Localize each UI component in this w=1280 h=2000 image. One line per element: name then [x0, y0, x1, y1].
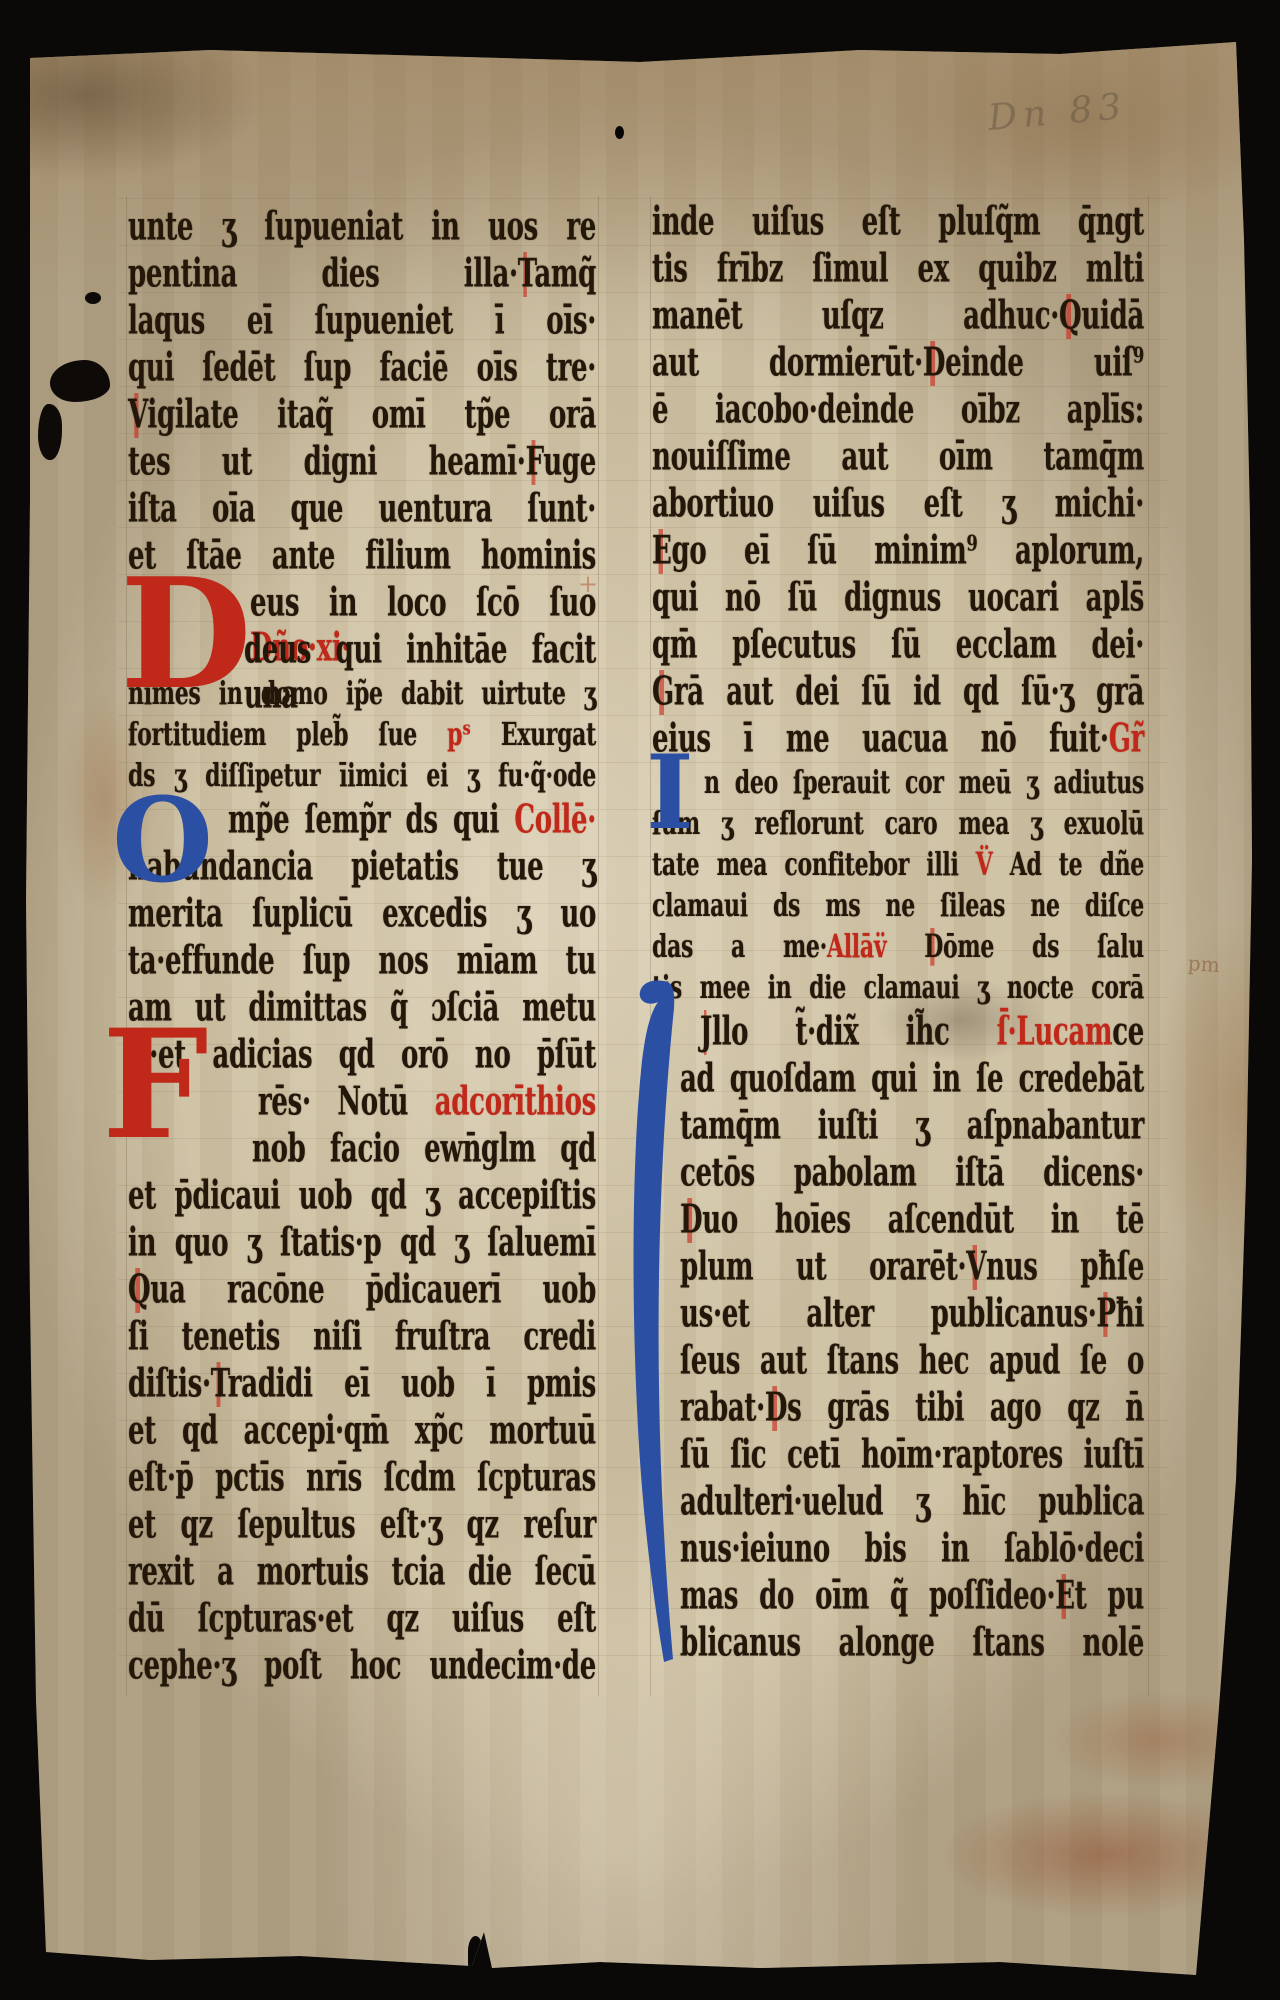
ink-blot-small	[38, 404, 62, 460]
text-segment: nob facio ewn̄glm qd	[252, 1127, 596, 1172]
ink-dot	[85, 292, 101, 304]
text-segment: aut dormierūt·	[652, 341, 923, 386]
text-segment: et qz ſepultus eſt·ʒ qz reſur	[128, 1503, 596, 1548]
text-line: Qua racōne p̄dicauerī uob	[128, 1268, 596, 1315]
parchment-hole	[615, 126, 624, 139]
red-touched-capital: Q	[1059, 294, 1081, 339]
red-touched-capital: D	[765, 1386, 787, 1431]
text-segment: Tamq̃	[518, 252, 596, 297]
text-line: tis frībz ſimul ex quibz mlti	[652, 247, 1144, 294]
text-segment: ſū ſic cetī hoīm·raptores iuſtī	[680, 1433, 1144, 1478]
text-segment: ſi tenetis niſi fruſtra credi	[128, 1315, 596, 1360]
text-line: qm̄ pſecutus ſū ecclam dei·	[652, 623, 1144, 670]
text-line: diſtis·Tradidi eī uob ī pmis	[128, 1362, 596, 1409]
text-line: ad quoſdam qui in ſe credebāt	[652, 1057, 1144, 1104]
text-line: blicanus alonge ſtans nolē	[652, 1621, 1144, 1668]
text-line: fortitudiem pleb̃ ſue pˢ Exurgat	[128, 716, 596, 763]
text-segment: Vigilate itaq̃ omī tp̃e orā	[128, 393, 596, 438]
text-segment: pentina dies illa·	[128, 252, 518, 297]
text-line: tate mea confitebor illi V̈ Ad te dñe	[652, 846, 1144, 893]
initial-letter-O-collect: O	[112, 794, 213, 889]
text-line: Ego eī ſū minim⁹ aplorum,	[652, 529, 1144, 576]
text-segment: Tradidi eī uob ī pmis	[211, 1362, 596, 1407]
text-line: qui ſedēt ſup faciē oīs tre·	[128, 346, 596, 393]
text-line: in quo ʒ ſtatis·p qd ʒ ſaluemī	[128, 1221, 596, 1268]
parchment-leaf: unte ʒ ſupueniat in uos repentina dies i…	[0, 0, 1280, 2000]
text-segment: us·et alter publicanus·	[680, 1292, 1097, 1337]
photo-stage: unte ʒ ſupueniat in uos repentina dies i…	[0, 0, 1280, 2000]
rubric-segment: V̈	[976, 846, 993, 884]
text-line: inde uiſus eſt pluſq̃m q̄ngt	[652, 200, 1144, 247]
red-touched-capital: J	[700, 1010, 712, 1055]
red-touched-capital: D	[923, 341, 945, 386]
text-line: cephe·ʒ poſt hoc undecim·de	[128, 1644, 596, 1691]
text-segment: iſta oīa que uentura ſunt·	[128, 487, 596, 532]
text-segment: plum ut orarēt·	[680, 1245, 966, 1290]
text-segment: Pħi	[1097, 1292, 1144, 1337]
text-segment: adulteri·uelud ʒ hīc publica	[680, 1480, 1144, 1525]
text-line: laqus eī ſupueniet ī oīs·	[128, 299, 596, 346]
text-segment: unte ʒ ſupueniat in uos re	[128, 205, 596, 250]
rubric-segment: Allāv̈	[827, 928, 924, 966]
text-segment: Ego eī ſū minim⁹ aplorum,	[652, 529, 1144, 574]
text-segment: Grā aut dei ſū id qd ſū·ʒ grā	[652, 670, 1144, 715]
text-line: qui nō ſū dignus uocari apls̄	[652, 576, 1144, 623]
text-segment: Qua racōne p̄dicauerī uob	[128, 1268, 596, 1313]
rubric-segment: ſ̄·Lucam	[997, 1010, 1113, 1055]
red-touched-capital: Q	[128, 1268, 150, 1313]
margin-note: pm	[1187, 951, 1220, 977]
margin-cross-mark: +	[578, 570, 598, 598]
text-line: tamq̄m iuſti ʒ aſpnabantur	[652, 1104, 1144, 1151]
text-line: nus·ieiuno bis in ſablō·deci	[652, 1527, 1144, 1574]
text-line: Jllo t̃·dix̃ ih̃c ſ̄·Lucamce	[652, 1010, 1144, 1057]
text-segment: in quo ʒ ſtatis·p qd ʒ ſaluemī	[128, 1221, 596, 1266]
text-line: tis mee in die clamaui ʒ nocte corā	[652, 969, 1144, 1016]
text-line: adulteri·uelud ʒ hīc publica	[652, 1480, 1144, 1527]
rubric-segment: Gr̃	[1109, 717, 1144, 762]
text-segment: mp̃e ſemp̃r ds qui	[228, 798, 514, 843]
text-line: cetōs pabolam iſtā dicens·	[652, 1151, 1144, 1198]
initial-letter-D-introit: D	[120, 572, 252, 697]
text-segment: tate mea confitebor illi	[652, 846, 976, 884]
text-line: abortiuo uiſus eſt ʒ michi·	[652, 482, 1144, 529]
rubric-segment: pˢ	[447, 716, 470, 754]
text-segment: nouiſſime aut oīm tamq̄m	[652, 435, 1144, 480]
text-line: dū ſcpturas·et qz uiſus eſt	[128, 1597, 596, 1644]
text-segment: rabat·	[680, 1386, 765, 1431]
text-line: iſta oīa que uentura ſunt·	[128, 487, 596, 534]
text-line: n deo ſperauit cor meū ʒ adiutus	[652, 764, 1144, 811]
text-segment: abortiuo uiſus eſt ʒ michi·	[652, 482, 1144, 527]
column-rule-left-inner	[598, 196, 599, 1696]
text-line: das a me·Allāv̈ Dōme ds ſalu	[652, 928, 1144, 975]
text-segment: et qd accepi·qm̄ xp̃c mortuū	[128, 1409, 596, 1454]
text-segment: Et pu	[1055, 1574, 1144, 1619]
text-segment: tis frībz ſimul ex quibz mlti	[652, 247, 1144, 292]
text-segment: Dōme ds ſalu	[924, 928, 1144, 966]
text-line: et qz ſepultus eſt·ʒ qz reſur	[128, 1503, 596, 1550]
red-touched-capital: F	[526, 440, 544, 485]
rubric-segment: adcorīthios	[435, 1080, 596, 1125]
text-segment: ē iacobo·deinde oībz aplīs:	[652, 388, 1144, 433]
text-segment: das a me·	[652, 928, 827, 966]
text-line: ſi tenetis niſi fruſtra credi	[128, 1315, 596, 1362]
text-segment: Jllo t̃·dix̃ ih̃c	[700, 1010, 997, 1055]
text-segment: Quidā	[1059, 294, 1144, 339]
text-line: clamaui ds ms ne ſileas ne diſce	[652, 887, 1144, 934]
text-line: tes ut digni heamī·Fuge	[128, 440, 596, 487]
initial-letter-F-epistle: F	[102, 1024, 209, 1147]
text-segment: qm̄ pſecutus ſū ecclam dei·	[652, 623, 1144, 668]
text-line: ſū ſic cetī hoīm·raptores iuſtī	[652, 1433, 1144, 1480]
text-line: eius ī me uacua nō fuit·Gr̃	[652, 717, 1144, 764]
red-touched-capital: E	[1055, 1574, 1075, 1619]
text-segment: eius ī me uacua nō fuit·	[652, 717, 1109, 762]
text-line: ē iacobo·deinde oībz aplīs:	[652, 388, 1144, 435]
text-segment: ta·effunde ſup nos mīam tu	[128, 939, 596, 984]
text-line: mas do oīm q̃ poſſideo·Et pu	[652, 1574, 1144, 1621]
text-segment: Ds grās tibi ago qz n̄	[765, 1386, 1144, 1431]
text-segment: Vnus pħſe	[966, 1245, 1144, 1290]
text-segment: dū ſcpturas·et qz uiſus eſt	[128, 1597, 596, 1642]
text-segment: ce	[1112, 1010, 1144, 1055]
ink-blot-large	[50, 360, 110, 402]
text-segment: nus·ieiuno bis in ſablō·deci	[680, 1527, 1144, 1572]
text-segment: eus in loco ſcō ſuo	[250, 581, 596, 626]
text-segment: ſeus aut ſtans hec apud ſe o	[680, 1339, 1144, 1384]
text-segment: rēs· Notū	[258, 1080, 435, 1125]
text-line: eſt·p̄ pctīs nrīs ſcdm ſcpturas	[128, 1456, 596, 1503]
text-line: unte ʒ ſupueniat in uos re	[128, 205, 596, 252]
text-line: pentina dies illa·Tamq̃	[128, 252, 596, 299]
text-line: nouiſſime aut oīm tamq̄m	[652, 435, 1144, 482]
text-segment: laqus eī ſupueniet ī oīs·	[128, 299, 596, 344]
text-segment: clamaui ds ms ne ſileas ne diſce	[652, 887, 1144, 925]
red-touched-capital: P	[1097, 1292, 1116, 1337]
initial-letter-I-gospel	[624, 976, 688, 1667]
text-line: rabat·Ds grās tibi ago qz n̄	[652, 1386, 1144, 1433]
text-line: ta·effunde ſup nos mīam tu	[128, 939, 596, 986]
column-rule-right-outer	[1148, 196, 1149, 1696]
text-segment: inde uiſus eſt pluſq̃m q̄ngt	[652, 200, 1144, 245]
text-line: Vigilate itaq̃ omī tp̃e orā	[128, 393, 596, 440]
text-segment: rexit a mortuis tcia die ſecū	[128, 1550, 596, 1595]
text-segment: blicanus alonge ſtans nolē	[680, 1621, 1144, 1666]
text-segment: n deo ſperauit cor meū ʒ adiutus	[704, 764, 1144, 802]
text-line: Duo hoīes aſcendūt in tē	[652, 1198, 1144, 1245]
rubric-segment: Collē·	[514, 798, 596, 843]
text-segment: cephe·ʒ poſt hoc undecim·de	[128, 1644, 596, 1689]
red-touched-capital: E	[652, 529, 672, 574]
text-segment: ſum ʒ reflorunt caro mea ʒ exuolū	[652, 805, 1144, 843]
text-segment: Exurgat	[471, 716, 596, 754]
text-segment: mas do oīm q̃ poſſideo·	[680, 1574, 1055, 1619]
initial-letter-I-gradual: I	[646, 752, 694, 836]
red-touched-capital: V	[966, 1245, 986, 1290]
text-line: aut dormierūt·Deinde uiſ⁹	[652, 341, 1144, 388]
text-segment: ad quoſdam qui in ſe credebāt	[680, 1057, 1144, 1102]
text-line: manēt uſqz adhuc·Quidā	[652, 294, 1144, 341]
red-touched-capital: D	[924, 928, 943, 966]
text-segment: qui ſedēt ſup faciē oīs tre·	[128, 346, 596, 391]
text-segment: Deinde uiſ⁹	[923, 341, 1144, 386]
text-line: et p̄dicaui uob qd ʒ accepiſtis	[128, 1174, 596, 1221]
text-segment: tis mee in die clamaui ʒ nocte corā	[652, 969, 1144, 1007]
pencil-inscription: Dn 83	[986, 86, 1128, 139]
text-segment: Ad te dñe	[993, 846, 1144, 884]
tall-blue-initial-stroke	[624, 976, 688, 1666]
red-touched-capital: G	[652, 670, 674, 715]
text-segment: qui nō ſū dignus uocari apls̄	[652, 576, 1144, 621]
red-touched-capital: T	[211, 1362, 228, 1407]
bottom-edge-notch	[468, 1936, 483, 1966]
text-line: plum ut orarēt·Vnus pħſe	[652, 1245, 1144, 1292]
text-line: ſeus aut ſtans hec apud ſe o	[652, 1339, 1144, 1386]
text-line: Grā aut dei ſū id qd ſū·ʒ grā	[652, 670, 1144, 717]
text-segment: et p̄dicaui uob qd ʒ accepiſtis	[128, 1174, 596, 1219]
text-segment: tes ut digni heamī·	[128, 440, 526, 485]
text-segment: diſtis·	[128, 1362, 211, 1407]
column-rule-left-outer	[126, 196, 127, 1696]
text-line: us·et alter publicanus·Pħi	[652, 1292, 1144, 1339]
text-line: et qd accepi·qm̄ xp̃c mortuū	[128, 1409, 596, 1456]
text-line: rexit a mortuis tcia die ſecū	[128, 1550, 596, 1597]
red-touched-capital: V	[128, 393, 147, 438]
text-line: ſum ʒ reflorunt caro mea ʒ exuolū	[652, 805, 1144, 852]
text-segment: tamq̄m iuſti ʒ aſpnabantur	[680, 1104, 1144, 1149]
text-segment: manēt uſqz adhuc·	[652, 294, 1059, 339]
text-segment: Duo hoīes aſcendūt in tē	[680, 1198, 1144, 1243]
text-segment: Fuge	[526, 440, 596, 485]
red-touched-capital: T	[518, 252, 535, 297]
text-segment: cetōs pabolam iſtā dicens·	[680, 1151, 1144, 1196]
text-segment: eſt·p̄ pctīs nrīs ſcdm ſcpturas	[128, 1456, 596, 1501]
